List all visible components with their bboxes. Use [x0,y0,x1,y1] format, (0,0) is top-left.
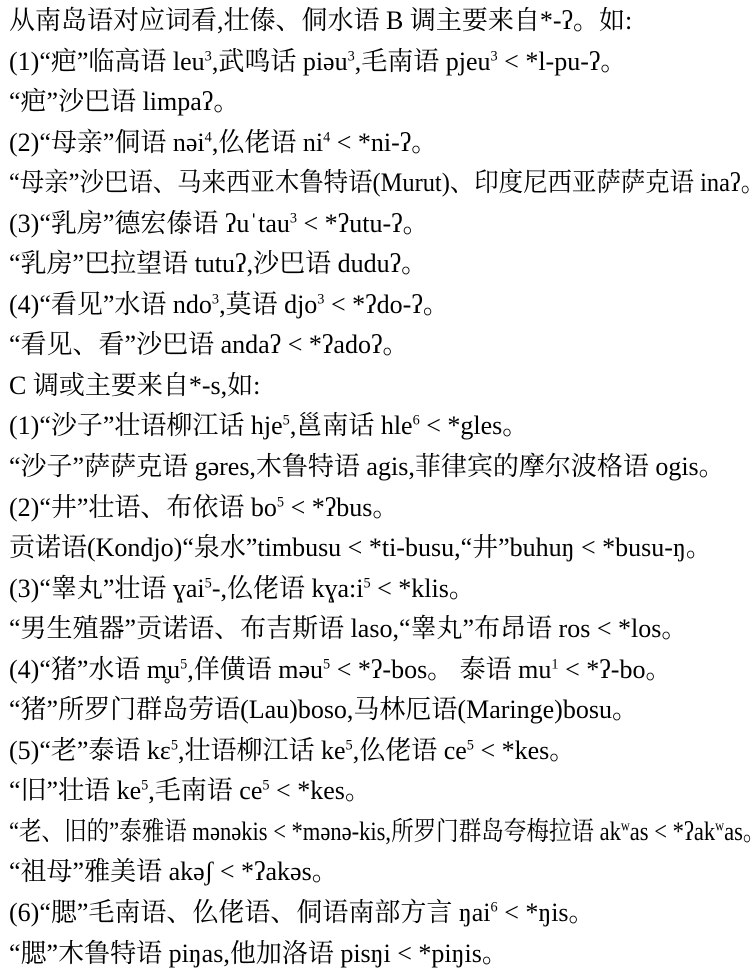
text-line: (1)“疤”临高语 leu3,武鸣话 piəu3,毛南语 pjeu3 < *l-… [9,42,748,83]
text-line: (6)“腮”毛南语、仫佬语、侗语南部方言 ŋai6 < *ŋis。 [9,893,748,934]
text-line: 从南岛语对应词看,壮傣、侗水语 B 调主要来自*-ʔ。如: [9,1,748,42]
document-body: 从南岛语对应词看,壮傣、侗水语 B 调主要来自*-ʔ。如:(1)“疤”临高语 l… [0,0,756,974]
text-line: “老、旧的”泰雅语 mənəkis < *mənə-kis,所罗门群岛夸梅拉语 … [9,812,650,853]
text-line: “疤”沙巴语 limpaʔ。 [9,82,748,123]
text-line: “看见、看”沙巴语 andaʔ < *ʔadoʔ。 [9,325,748,366]
text-line: “母亲”沙巴语、马来西亚木鲁特语(Murut)、印度尼西亚萨萨克语 inaʔ。 [9,163,703,204]
text-line: C 调或主要来自*-s,如: [9,366,748,407]
text-line: (2)“母亲”侗语 nəi4,仫佬语 ni4 < *ni-ʔ。 [9,123,748,164]
text-line: “腮”木鲁特语 piŋas,他加洛语 pisŋi < *piŋis。 [9,934,748,975]
text-line: (4)“猪”水语 m̥u5,佯僙语 məu5 < *ʔ-bos。 泰语 mu1 … [9,650,748,691]
text-line: “沙子”萨萨克语 gəres,木鲁特语 agis,菲律宾的摩尔波格语 ogis。 [9,447,748,488]
text-line: (2)“井”壮语、布依语 bo5 < *ʔbus。 [9,488,748,529]
text-line: “祖母”雅美语 akəʃ < *ʔakəs。 [9,852,748,893]
text-line: “乳房”巴拉望语 tutuʔ,沙巴语 duduʔ。 [9,244,748,285]
text-line: (5)“老”泰语 kɛ5,壮语柳江话 ke5,仫佬语 ce5 < *kes。 [9,731,748,772]
text-line: (4)“看见”水语 ndo3,莫语 djo3 < *ʔdo-ʔ。 [9,285,748,326]
text-line: “男生殖器”贡诺语、布吉斯语 laso,“睾丸”布昂语 ros < *los。 [9,609,748,650]
text-line: 贡诺语(Kondjo)“泉水”timbusu < *ti-busu,“井”buh… [9,528,748,569]
text-line: (1)“沙子”壮语柳江话 hje5,邕南话 hle6 < *gles。 [9,406,748,447]
text-line: “猪”所罗门群岛劳语(Lau)boso,马林厄语(Maringe)bosu。 [9,690,748,731]
scanned-page: { "page": { "background": "#ffffff", "te… [0,0,756,975]
text-line: (3)“睾丸”壮语 ɣai5-,仫佬语 kɣa:i5 < *klis。 [9,569,748,610]
text-line: (3)“乳房”德宏傣语 ʔuˈtau3 < *ʔutu-ʔ。 [9,204,748,245]
text-line: “旧”壮语 ke5,毛南语 ce5 < *kes。 [9,771,748,812]
